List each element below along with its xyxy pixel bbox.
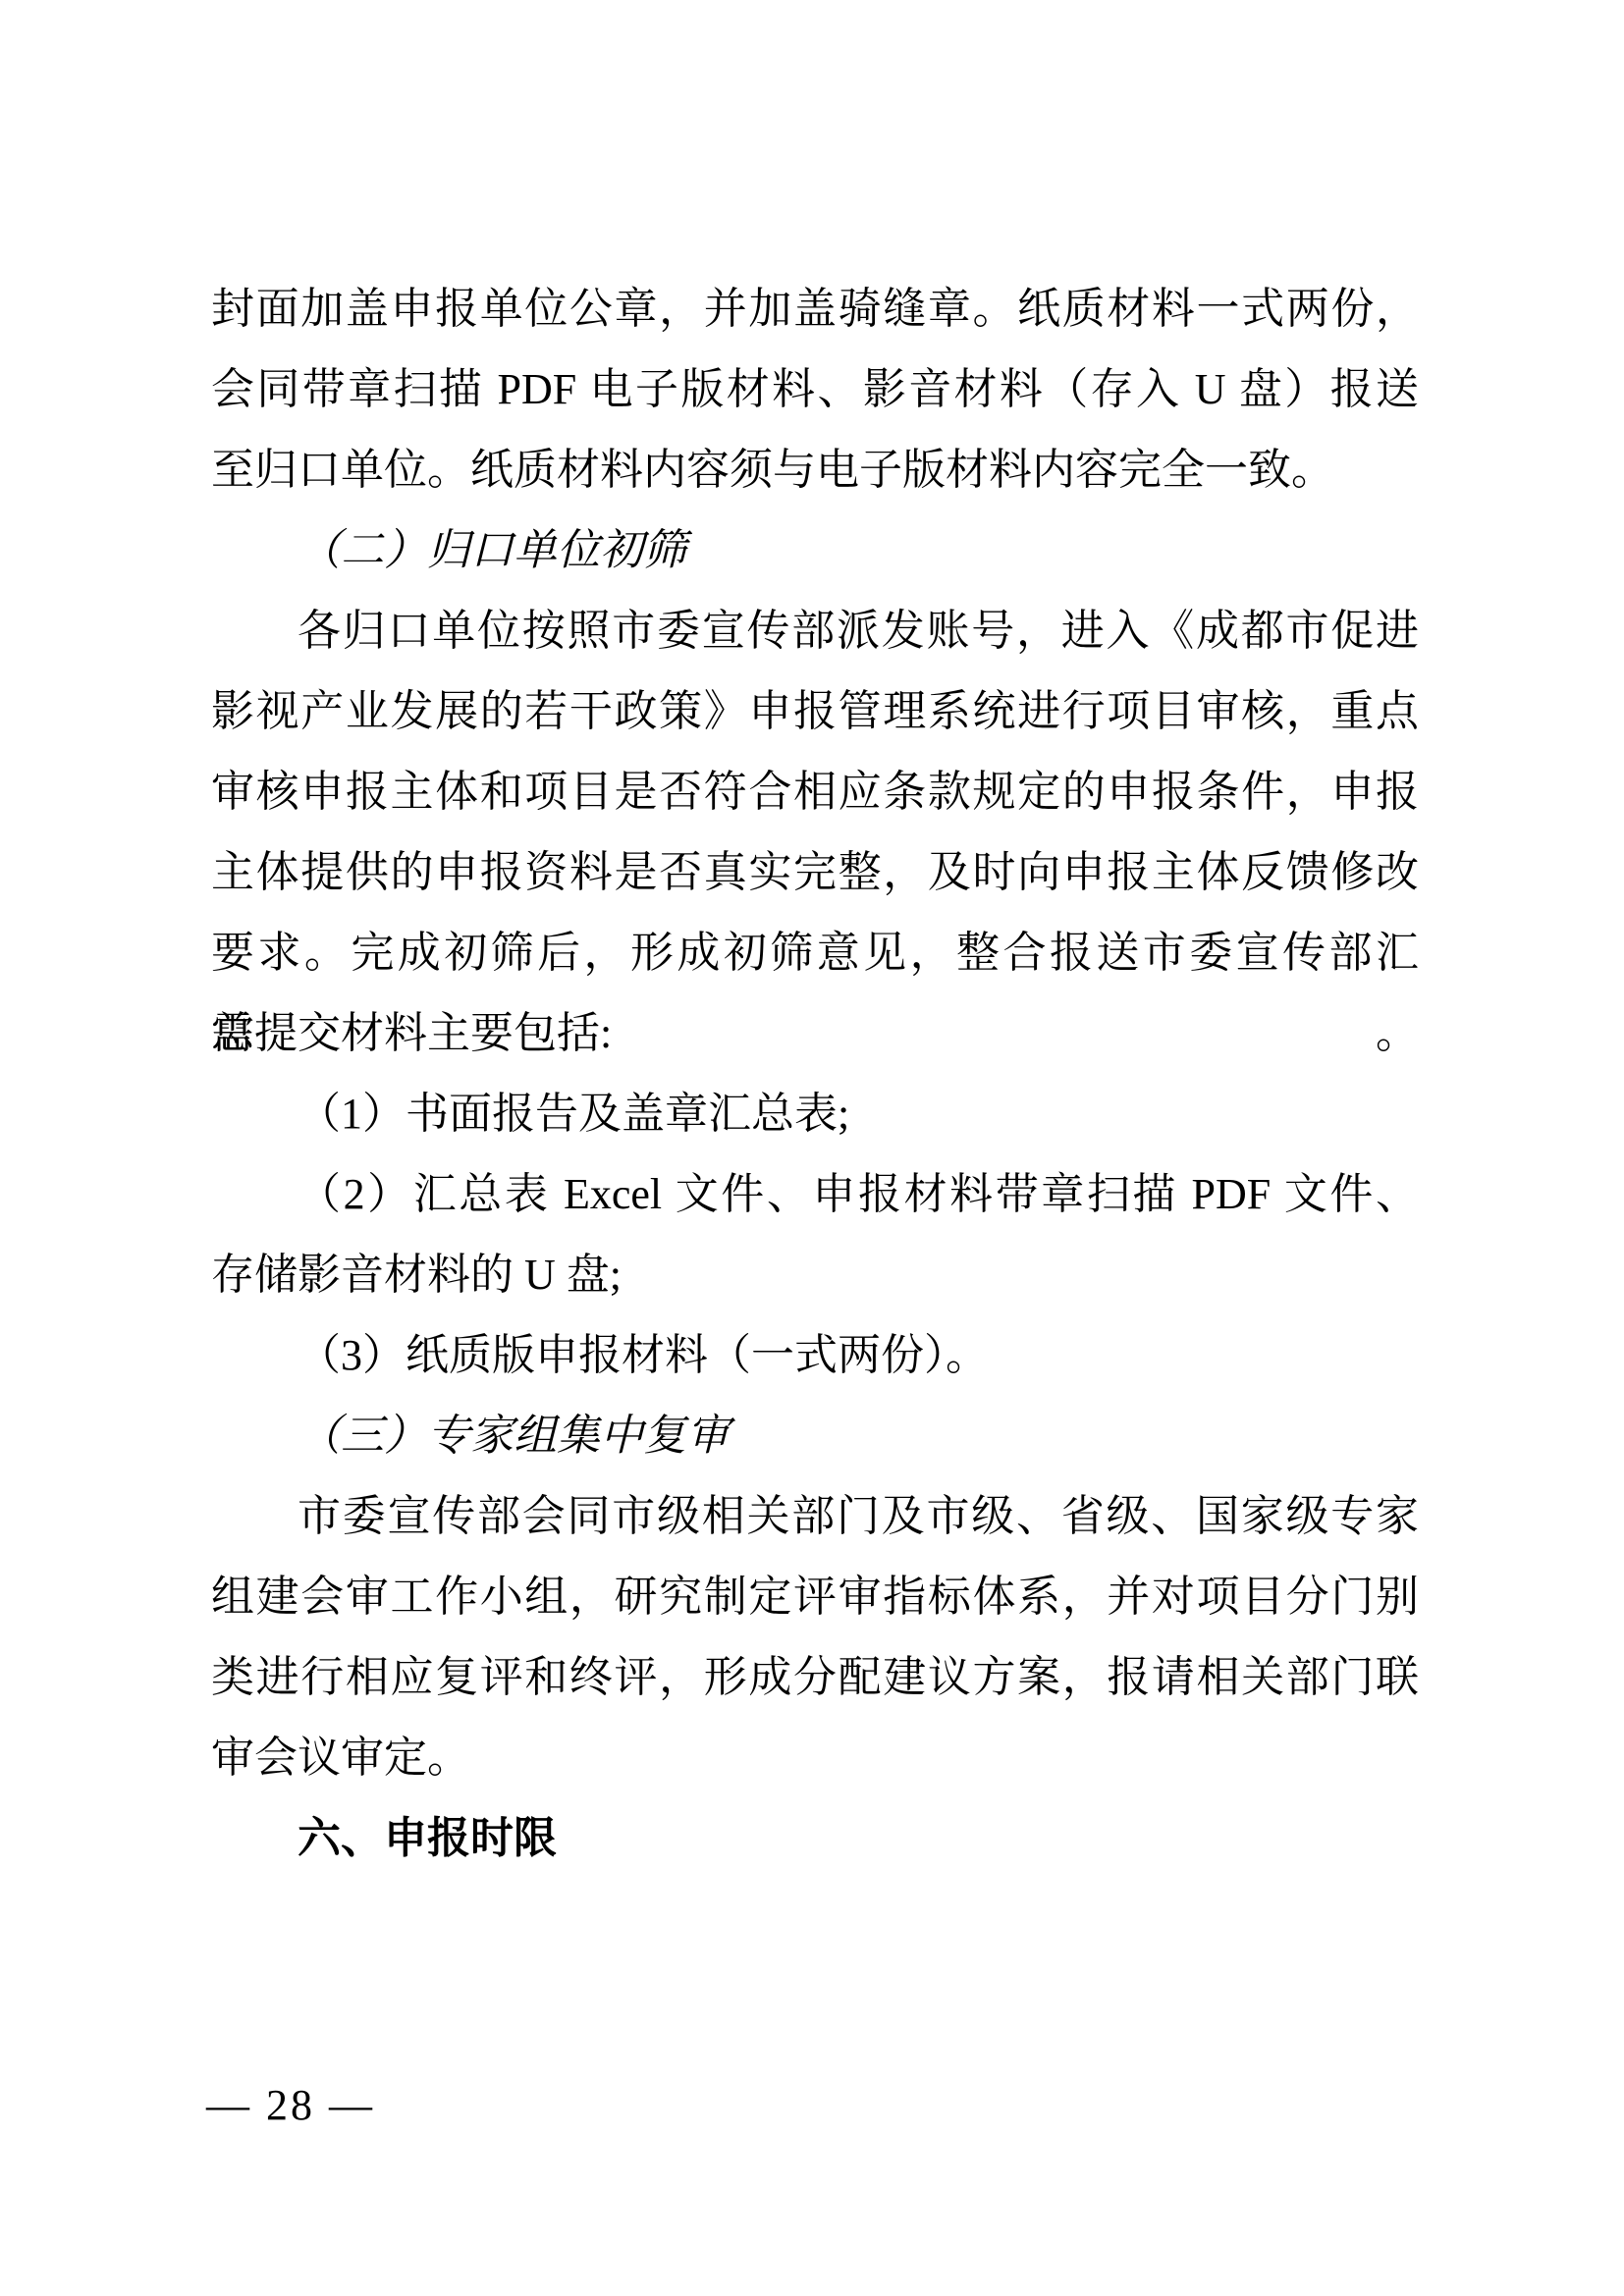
text-block: 封面加盖申报单位公章，并加盖骑缝章。纸质材料一式两份， 会同带章扫描 PDF 电… (211, 269, 1419, 1879)
text-line: 审会议审定。 (211, 1718, 1419, 1798)
document-page: 封面加盖申报单位公章，并加盖骑缝章。纸质材料一式两份， 会同带章扫描 PDF 电… (0, 0, 1624, 2296)
text-line: 存储影音材料的 U 盘; (211, 1235, 1419, 1315)
text-line: 市委宣传部会同市级相关部门及市级、省级、国家级专家 (211, 1476, 1419, 1557)
text-line: 类进行相应复评和终评，形成分配建议方案，报请相关部门联 (211, 1637, 1419, 1718)
subsection-heading-2: （二）归口单位初筛 (211, 510, 1419, 591)
text-line: 要求。完成初筛后，形成初筛意见，整合报送市委宣传部汇总。 (211, 913, 1419, 993)
section-heading-6: 六、申报时限 (211, 1798, 1419, 1879)
text-line: 审核申报主体和项目是否符合相应条款规定的申报条件，申报 (211, 752, 1419, 832)
text-line: 组建会审工作小组，研究制定评审指标体系，并对项目分门别 (211, 1557, 1419, 1637)
text-line: 影视产业发展的若干政策》申报管理系统进行项目审核，重点 (211, 671, 1419, 752)
text-line: 至归口单位。纸质材料内容须与电子版材料内容完全一致。 (211, 430, 1419, 510)
text-line: 会同带章扫描 PDF 电子版材料、影音材料（存入 U 盘）报送 (211, 349, 1419, 430)
list-item-3: （3）纸质版申报材料（一式两份）。 (211, 1315, 1419, 1396)
page-number: — 28 — (206, 2076, 375, 2135)
text-line: 主体提供的申报资料是否真实完整，及时向申报主体反馈修改 (211, 832, 1419, 913)
list-item-2: （2）汇总表 Excel 文件、申报材料带章扫描 PDF 文件、 (211, 1154, 1419, 1235)
text-line: 封面加盖申报单位公章，并加盖骑缝章。纸质材料一式两份， (211, 269, 1419, 349)
list-item-1: （1）书面报告及盖章汇总表; (211, 1074, 1419, 1154)
subsection-heading-3: （三）专家组集中复审 (211, 1396, 1419, 1476)
text-line: 各归口单位按照市委宣传部派发账号，进入《成都市促进 (211, 591, 1419, 671)
